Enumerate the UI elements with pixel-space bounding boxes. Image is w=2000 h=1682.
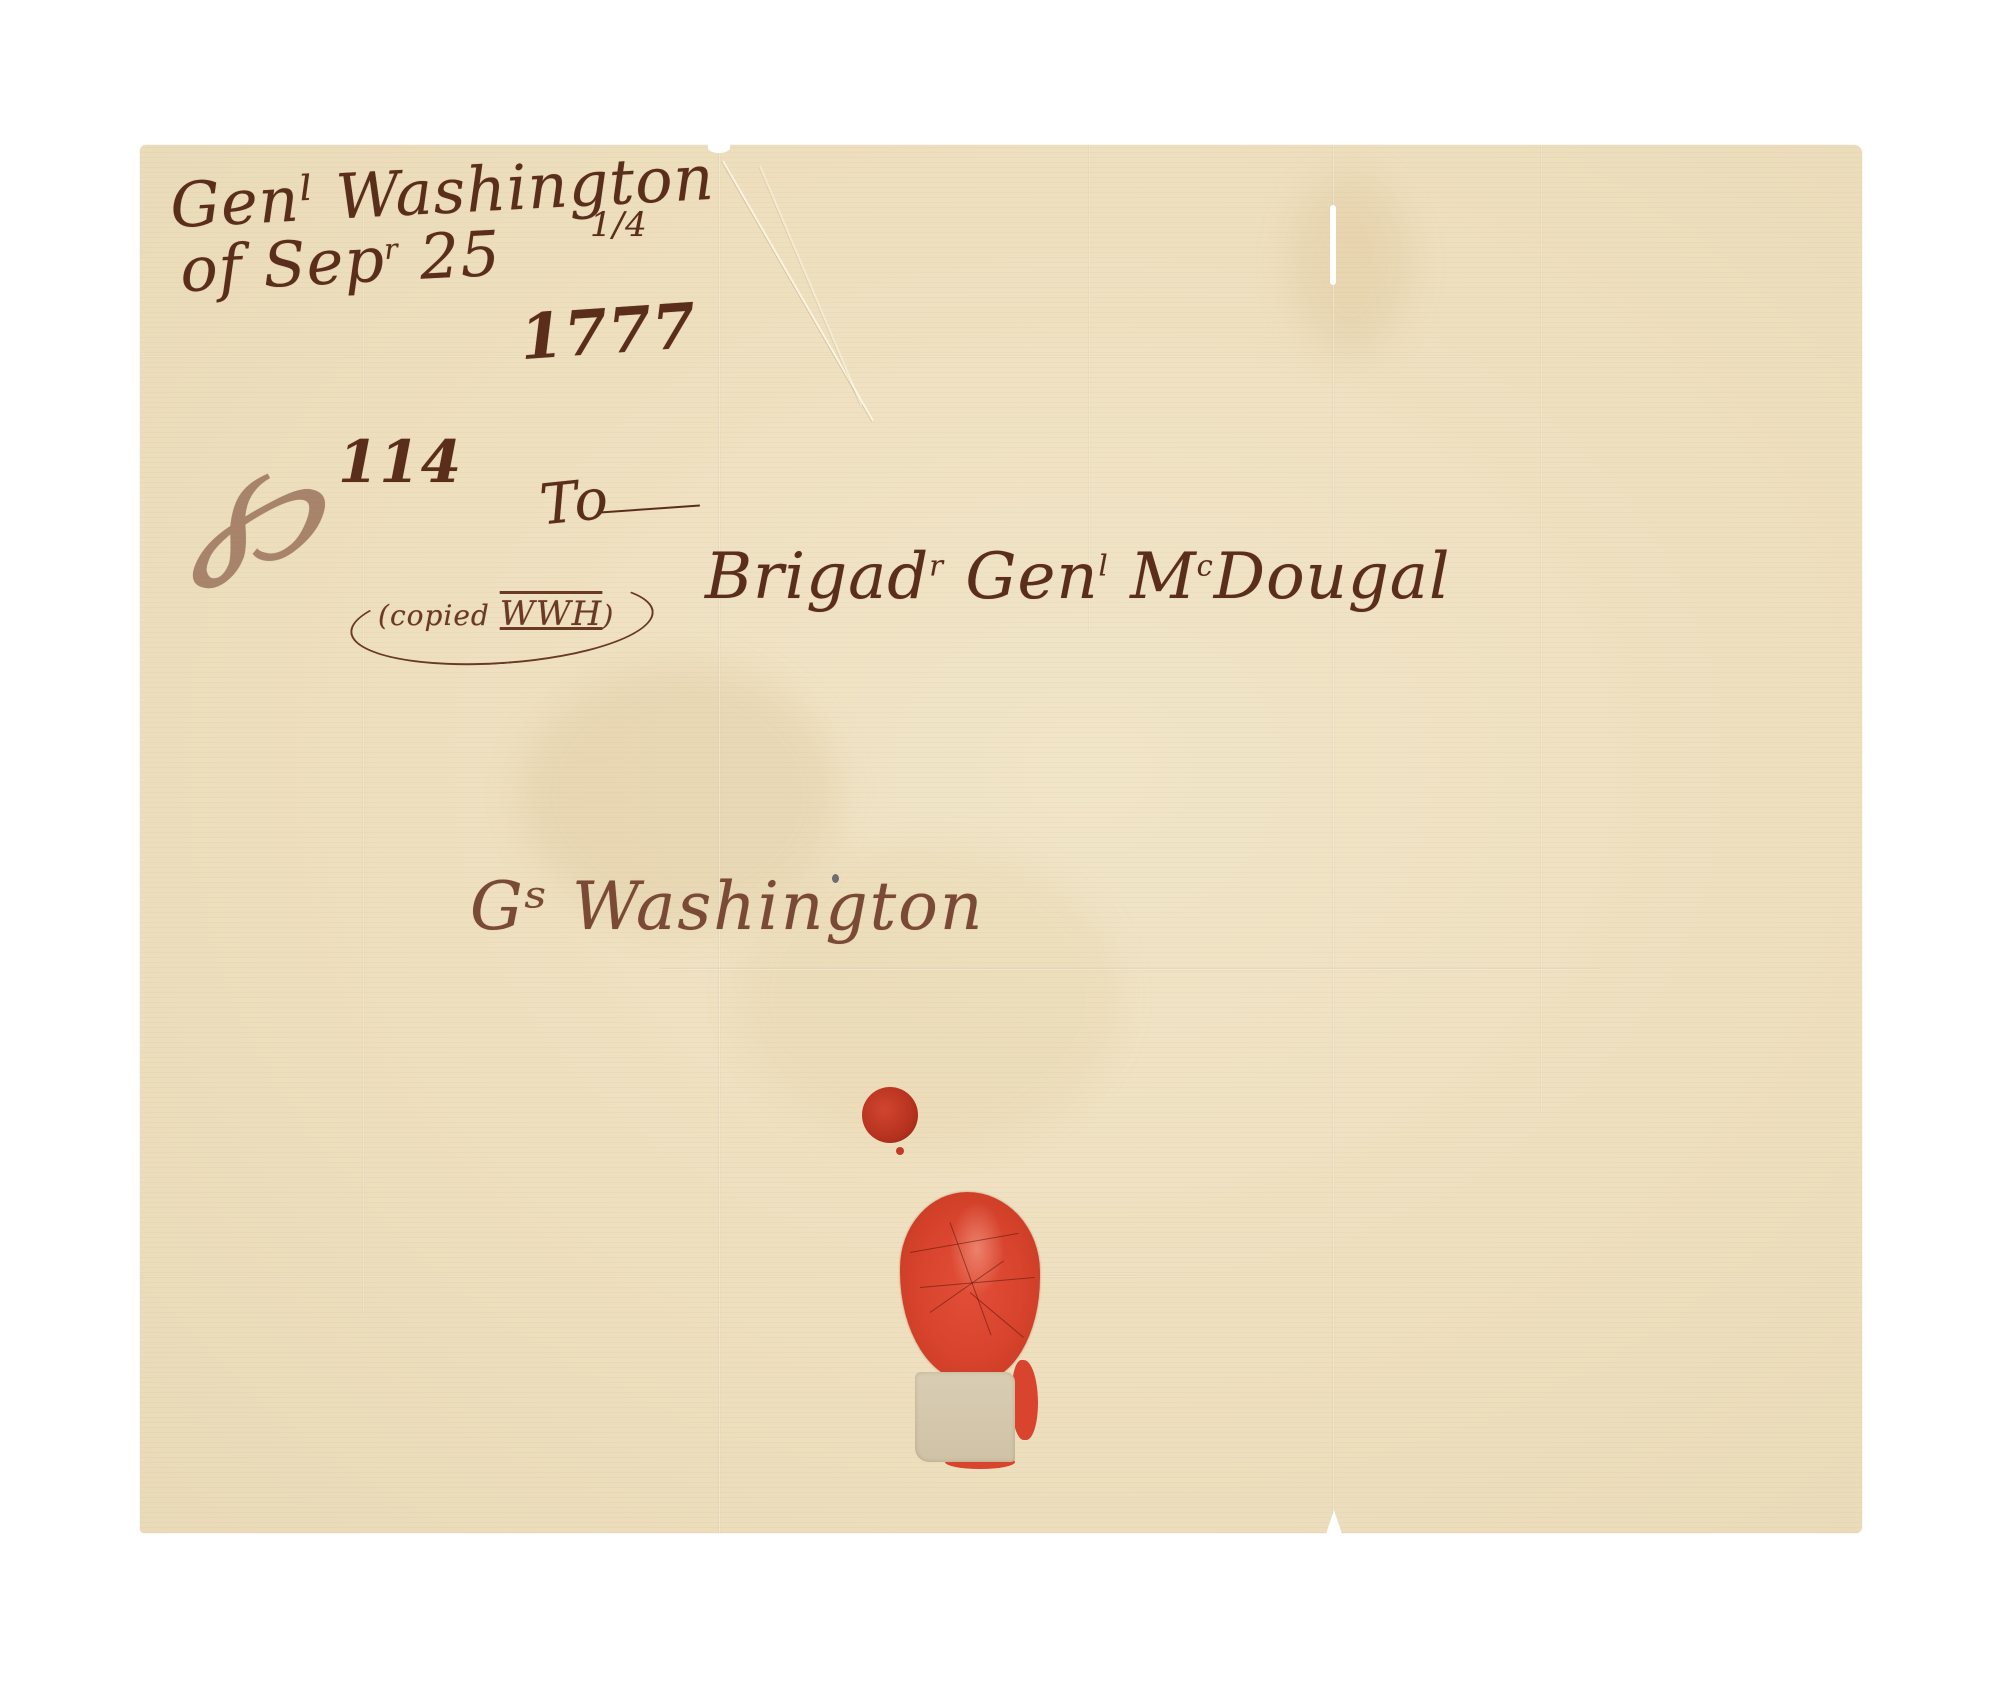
wax-seal-small xyxy=(862,1087,918,1143)
docket-sup: r xyxy=(383,232,399,266)
docket-year-text: 1777 xyxy=(518,289,699,374)
copied-initials: WWH xyxy=(500,594,603,634)
recipient-gen: Gen xyxy=(965,540,1098,614)
docket-day: 25 xyxy=(418,217,503,294)
recipient-rank: Brigad xyxy=(705,540,929,614)
recipient-surname: Dougal xyxy=(1214,540,1451,614)
recipient-sup: l xyxy=(1099,549,1109,583)
reference-number-text: 114 xyxy=(338,428,462,496)
wax-drop xyxy=(896,1147,904,1155)
fold-line-horizontal xyxy=(660,968,1600,971)
copied-annotation: (copied WWH) xyxy=(378,594,614,634)
ink-blot xyxy=(832,874,839,883)
docket-fraction-text: 1/4 xyxy=(590,205,648,245)
paper-tear xyxy=(1326,1510,1342,1534)
copied-label: copied xyxy=(390,599,490,632)
address-to-text: To xyxy=(537,467,612,539)
recipient-sup: r xyxy=(929,549,944,583)
paper-crease xyxy=(759,166,862,406)
docket-fraction: 1/4 xyxy=(590,205,648,245)
seal-crack xyxy=(910,1233,1019,1253)
fold-line-horizontal xyxy=(140,355,1862,358)
reference-number: 114 xyxy=(338,428,462,496)
seal-crack xyxy=(970,1292,1024,1338)
docket-of-sept: of Sep xyxy=(178,223,386,307)
recipient-sup: c xyxy=(1197,549,1214,583)
address-to: To xyxy=(537,467,612,539)
signature-text: Gˢ Washington xyxy=(470,868,984,945)
fold-line-vertical xyxy=(1332,145,1335,1533)
fold-line-vertical xyxy=(362,205,365,1313)
recipient-initial: M xyxy=(1130,540,1197,614)
paper-stain xyxy=(1290,175,1410,355)
docket-year: 1777 xyxy=(518,289,699,374)
torn-paper-patch xyxy=(915,1372,1015,1462)
recipient-line: Brigadr Genl McDougal xyxy=(705,540,1450,614)
paper-tear-slit xyxy=(1330,205,1336,285)
fold-line-vertical xyxy=(718,145,721,1533)
signature: Gˢ Washington xyxy=(470,868,984,945)
